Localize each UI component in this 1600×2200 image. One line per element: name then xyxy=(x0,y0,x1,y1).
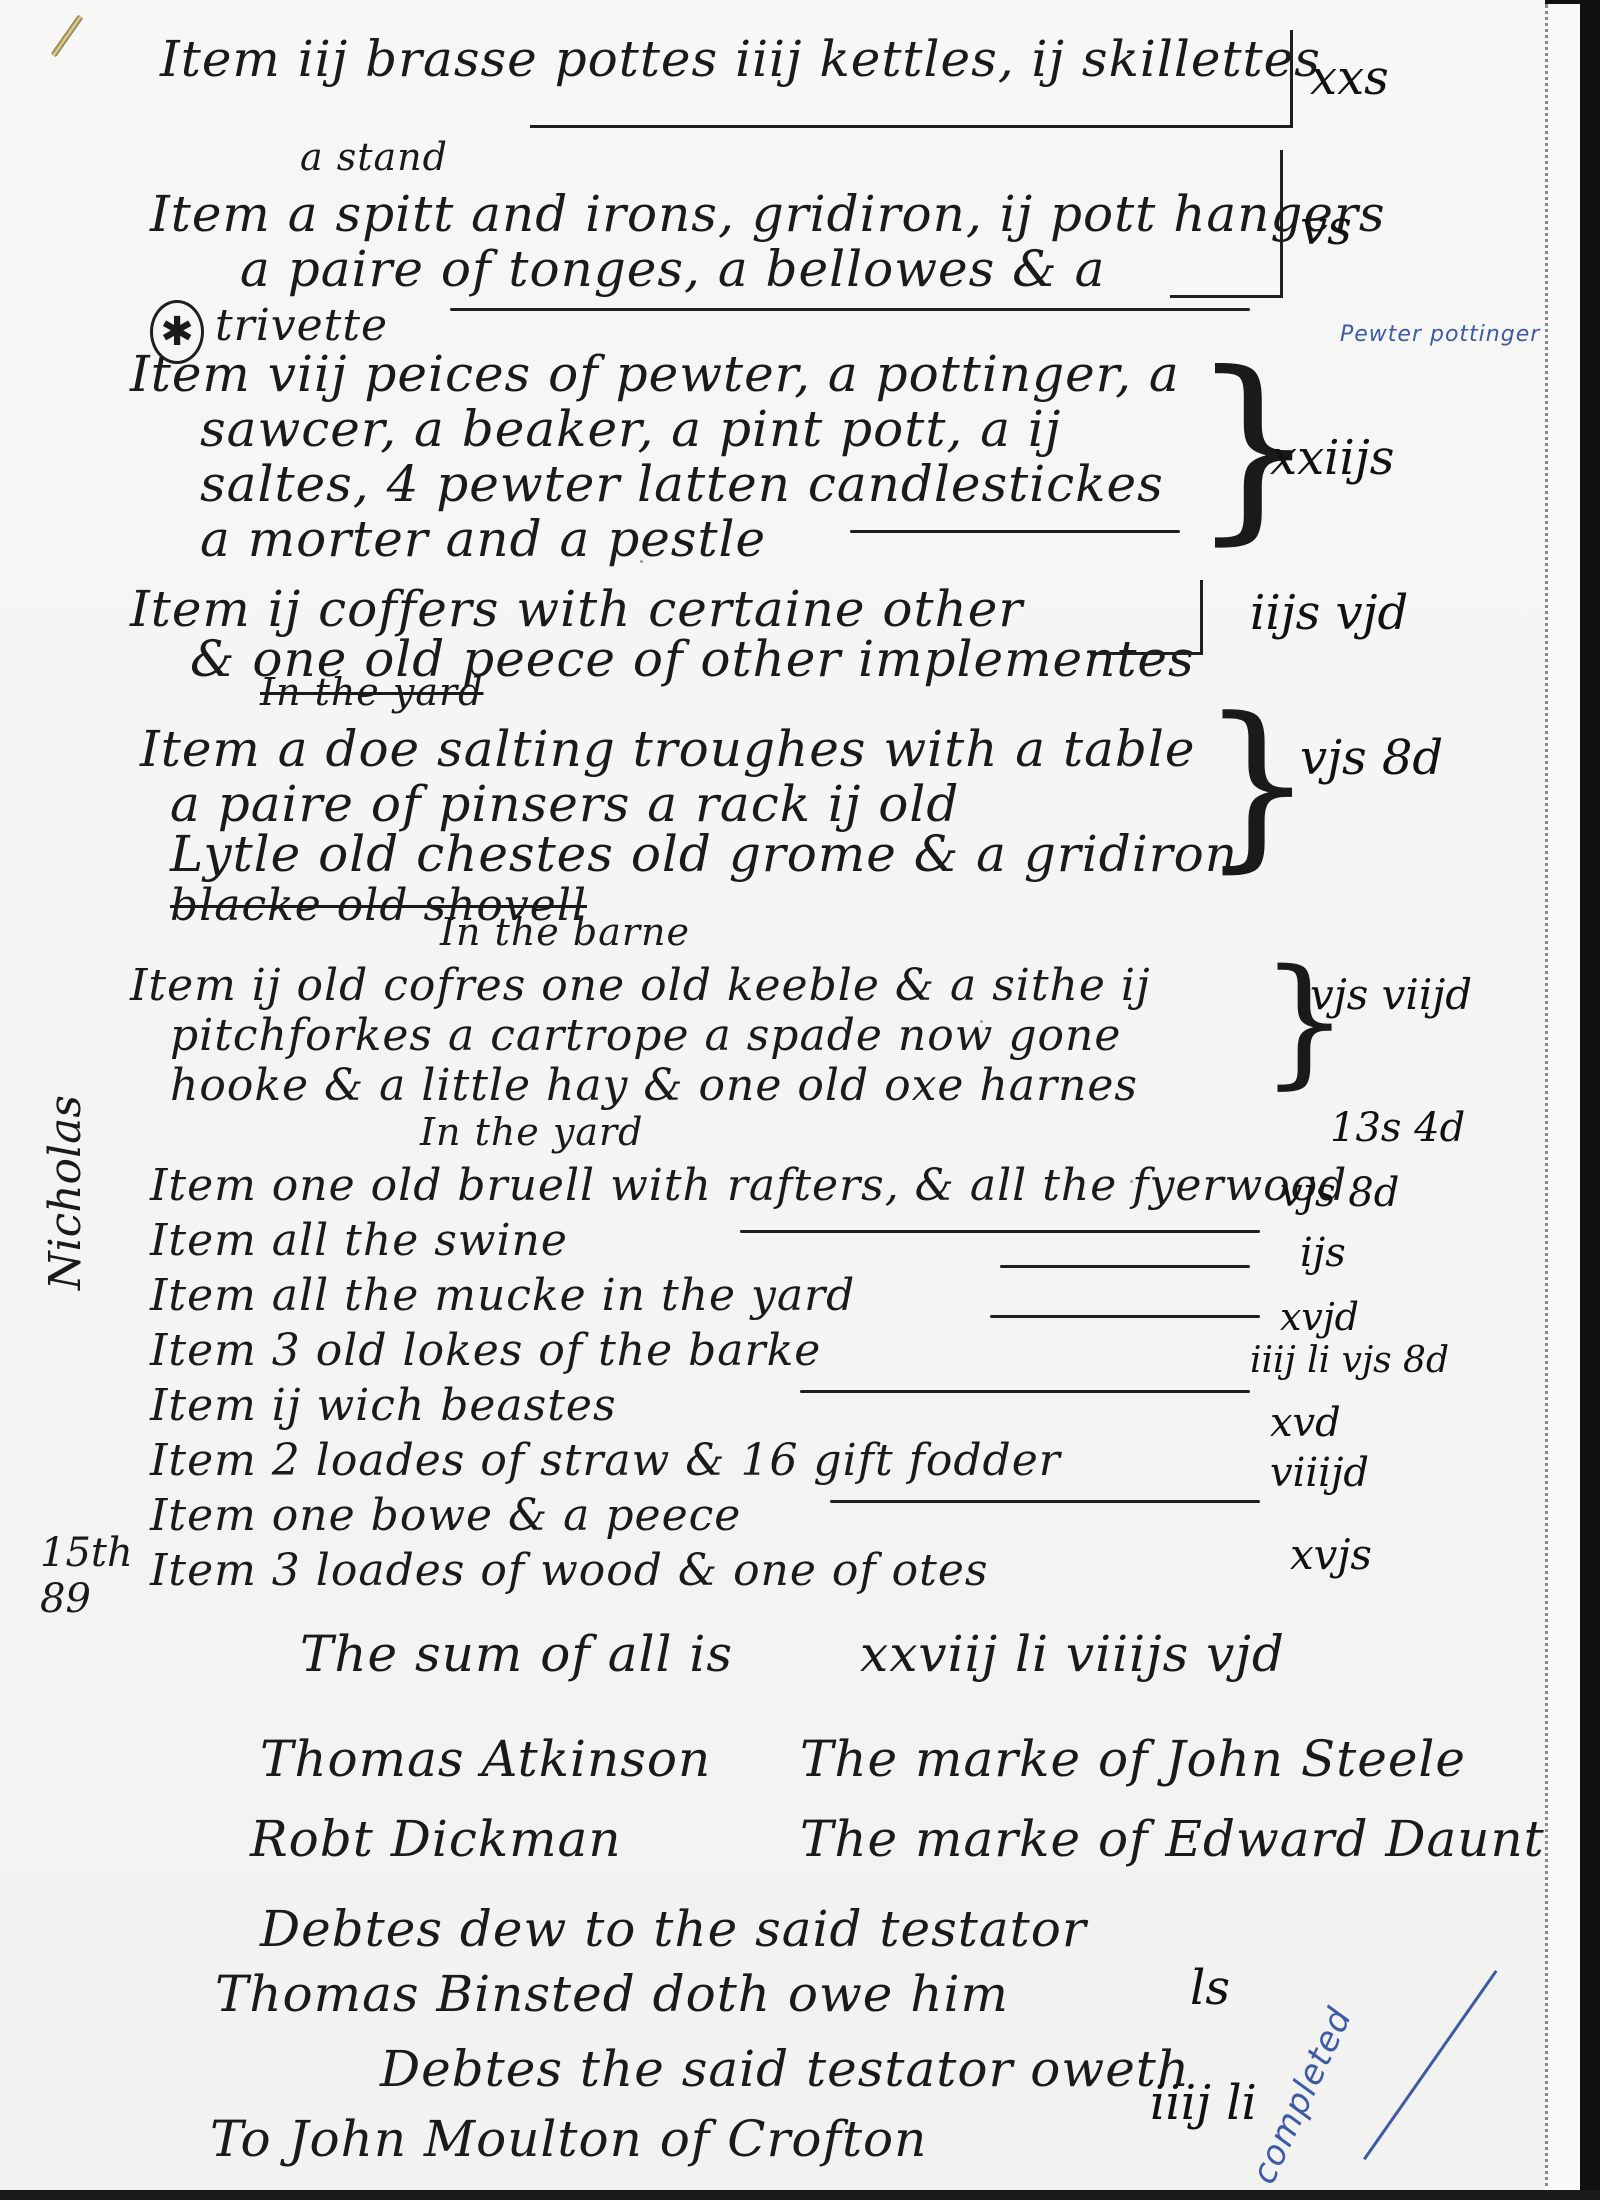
entry-2-bracket xyxy=(1170,150,1283,298)
entry-5-text: Item a doe salting troughes with a table xyxy=(140,720,1196,778)
entry-5-struck-line: In the yard xyxy=(260,670,484,714)
entry-3-line2: sawcer, a beaker, a pint pott, a ij xyxy=(200,400,1061,458)
annotation-slash-mark xyxy=(1363,1970,1497,2160)
entry-4-bracket xyxy=(1090,580,1203,655)
entry-10-amount: xvjd xyxy=(1280,1295,1359,1339)
entry-2-line3: trivette xyxy=(215,300,388,351)
ledger-rule xyxy=(990,1315,1260,1318)
scanner-bottom-edge xyxy=(0,2190,1600,2200)
paper-speck xyxy=(1130,1180,1133,1183)
page-edge-strip xyxy=(1545,4,1580,2194)
entry-3-text: Item viij peices of pewter, a pottinger,… xyxy=(130,345,1180,403)
entry-6-brace: } xyxy=(1260,940,1349,1103)
total-amount: xxviij li viiijs vjd xyxy=(860,1625,1285,1683)
entry-14-text: Item 3 loades of wood & one of otes xyxy=(150,1545,988,1596)
entry-3-amount: xxiijs xyxy=(1270,430,1394,486)
debts-owed-amount: iiij li xyxy=(1150,2075,1257,2131)
debts-owing-heading: Debtes dew to the said testator xyxy=(260,1900,1087,1958)
document-page: Item iij brasse pottes iiij kettles, ij … xyxy=(0,0,1545,2195)
appraiser-2-mark: The marke of Edward Daunte xyxy=(800,1810,1575,1868)
completed-annotation: completed xyxy=(1244,2001,1360,2190)
entry-1-amount: xxs xyxy=(1310,50,1389,106)
divider-rule xyxy=(450,308,1250,311)
debts-owing-amount: ls xyxy=(1190,1960,1230,2016)
entry-9-amount: ijs xyxy=(1300,1230,1346,1276)
entry-12-amount: xvd xyxy=(1270,1400,1341,1446)
staple-mark xyxy=(51,15,83,58)
entry-11-amount: iiij li vjs 8d xyxy=(1250,1340,1449,1381)
entry-7-amount: 13s 4d xyxy=(1330,1105,1465,1151)
paper-speck xyxy=(640,560,643,563)
entry-6-amount: vjs viijd xyxy=(1310,970,1472,1019)
entry-7-text: Item one old bruell with rafters, & all … xyxy=(150,1160,1347,1211)
entry-2-amount: vs xyxy=(1300,200,1352,256)
margin-date-line-1: 15th xyxy=(40,1530,133,1576)
pewter-pottinger-annotation: Pewter pottinger xyxy=(1340,322,1540,347)
entry-4-amount: iijs vjd xyxy=(1250,585,1408,641)
appraiser-1-name: Thomas Atkinson xyxy=(260,1730,711,1788)
entry-3-line3: saltes, 4 pewter latten candlestickes xyxy=(200,455,1164,513)
divider-rule xyxy=(850,530,1180,533)
entry-1-bracket xyxy=(530,30,1293,128)
debts-owed-line: To John Moulton of Crofton xyxy=(210,2110,927,2168)
margin-name-note: Nicholas xyxy=(40,1095,91,1290)
entry-6-line2: pitchforkes a cartrope a spade now gone xyxy=(170,1010,1121,1061)
section-heading-barne: In the barne xyxy=(440,910,690,954)
entry-10-text: Item 3 old lokes of the barke xyxy=(150,1325,821,1376)
entry-2-insert: a stand xyxy=(300,135,448,179)
entry-13-amount: viiijd xyxy=(1270,1450,1369,1496)
total-label: The sum of all is xyxy=(300,1625,733,1683)
entry-5-brace: } xyxy=(1200,680,1315,889)
entry-8-text: Item all the swine xyxy=(150,1215,568,1266)
margin-date-note: 15th 89 xyxy=(40,1530,133,1622)
entry-6-text: Item ij old cofres one old keeble & a si… xyxy=(130,960,1151,1011)
entry-8-amount: vjs 8d xyxy=(1280,1170,1399,1216)
ledger-rule xyxy=(740,1230,1260,1233)
entry-12-text: Item 2 loades of straw & 16 gift fodder xyxy=(150,1435,1061,1486)
debts-owing-line: Thomas Binsted doth owe him xyxy=(215,1965,1009,2023)
entry-11-text: Item ij wich beastes xyxy=(150,1380,617,1431)
entry-14-amount: xvjs xyxy=(1290,1530,1372,1579)
section-heading-yard: In the yard xyxy=(420,1110,644,1154)
margin-date-line-2: 89 xyxy=(40,1576,133,1622)
debts-owed-heading: Debtes the said testator oweth xyxy=(380,2040,1190,2098)
entry-9-text: Item all the mucke in the yard xyxy=(150,1270,855,1321)
entry-3-line4: a morter and a pestle xyxy=(200,510,766,568)
entry-2-line2: a paire of tonges, a bellowes & a xyxy=(240,240,1105,298)
ledger-rule xyxy=(830,1500,1260,1503)
ledger-rule xyxy=(1000,1265,1250,1268)
appraiser-2-name: Robt Dickman xyxy=(250,1810,622,1868)
entry-13-text: Item one bowe & a peece xyxy=(150,1490,741,1541)
appraiser-1-mark: The marke of John Steele xyxy=(800,1730,1466,1788)
entry-5-line3: Lytle old chestes old grome & a gridiron xyxy=(170,825,1238,883)
entry-6-line3: hooke & a little hay & one old oxe harne… xyxy=(170,1060,1138,1111)
paper-speck xyxy=(980,1020,983,1023)
entry-5-amount: vjs 8d xyxy=(1300,730,1443,786)
ledger-rule xyxy=(800,1390,1250,1393)
